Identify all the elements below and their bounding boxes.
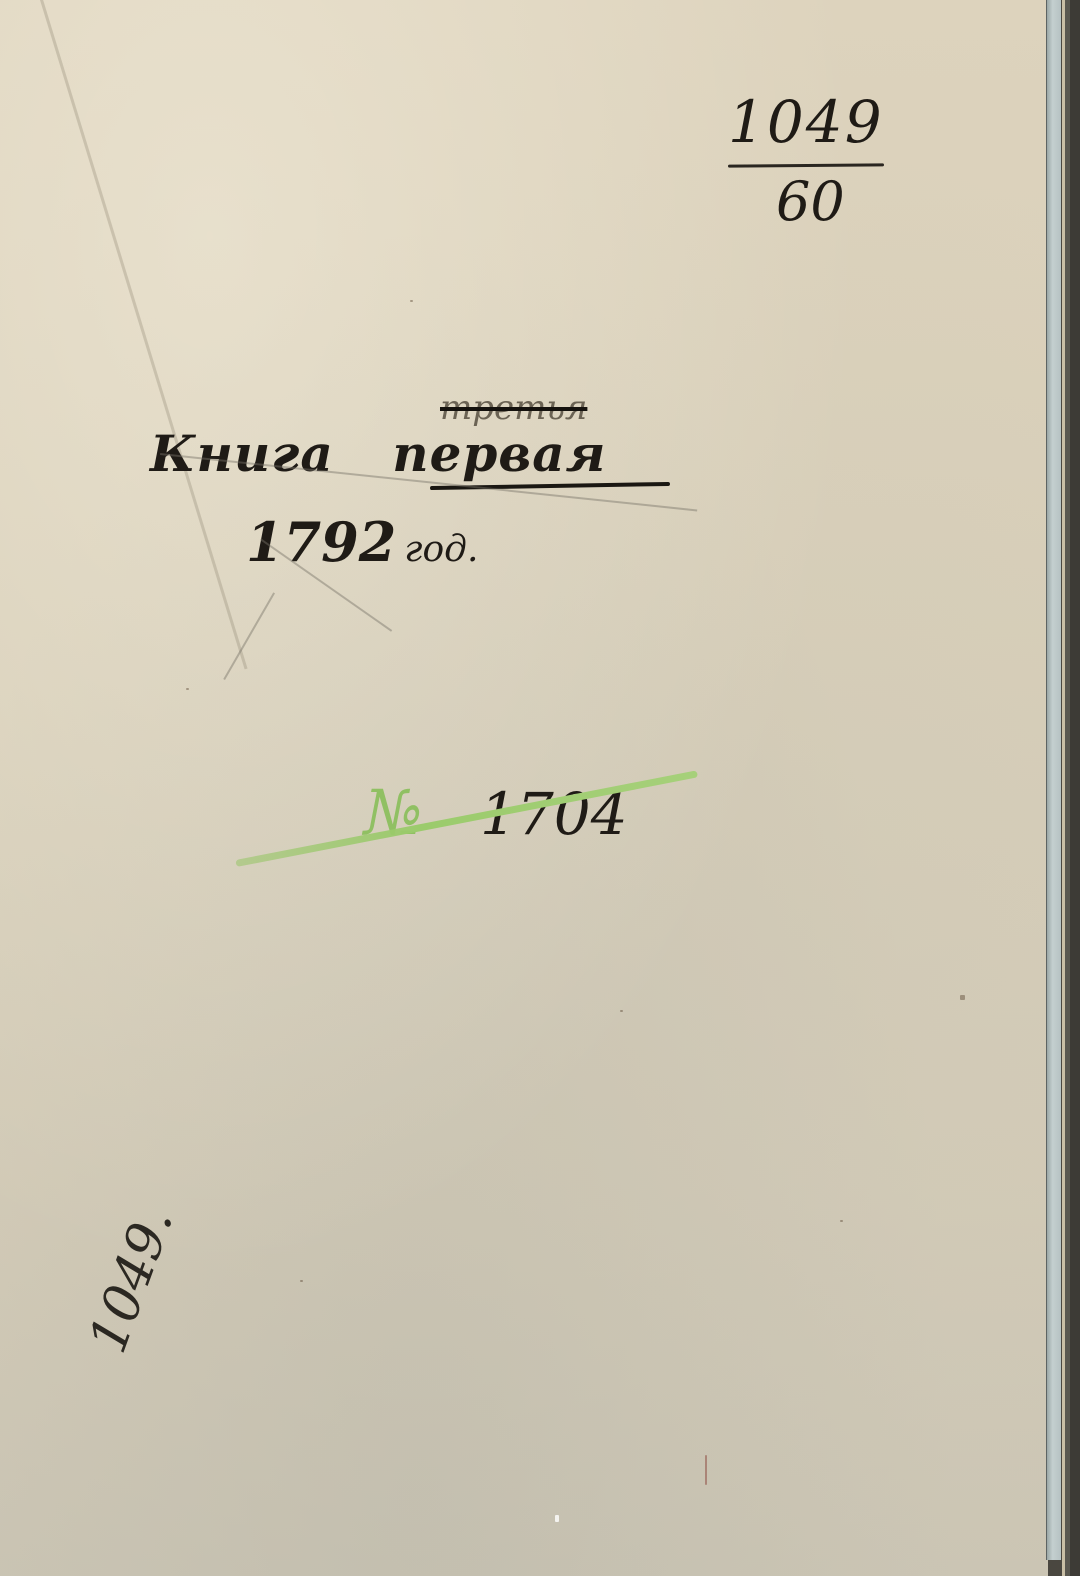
paper-speck [300, 1280, 303, 1282]
margin-note: 1049. [78, 1200, 185, 1360]
year-line: 1792год. [246, 510, 478, 574]
paper-speck [555, 1515, 559, 1522]
paper-speck [620, 1010, 623, 1012]
binding-edge [1062, 0, 1080, 1576]
fold-crease [40, 0, 248, 669]
title-word: Книга [150, 424, 334, 483]
year-value: 1792 [246, 510, 396, 574]
catalog-fraction-rule [728, 163, 884, 167]
catalog-number-numerator: 1049 [728, 88, 884, 156]
document-page: 1049 60 третья Книга первая 1792год. № 1… [0, 0, 1048, 1576]
title-ordinal: первая [392, 424, 606, 483]
paper-speck [840, 1220, 843, 1222]
page-edge-blue-stripe [1046, 0, 1061, 1560]
catalog-number-denominator: 60 [776, 170, 845, 233]
year-suffix: год. [404, 529, 478, 570]
crossed-out-word: третья [440, 388, 587, 428]
paper-speck [705, 1455, 707, 1485]
paper-speck [960, 995, 965, 1000]
paper-speck [410, 300, 413, 302]
paper-speck [186, 688, 189, 690]
pencil-stroke [223, 592, 275, 680]
green-pencil-underline [235, 770, 698, 867]
book-title: Книга первая [150, 424, 606, 483]
